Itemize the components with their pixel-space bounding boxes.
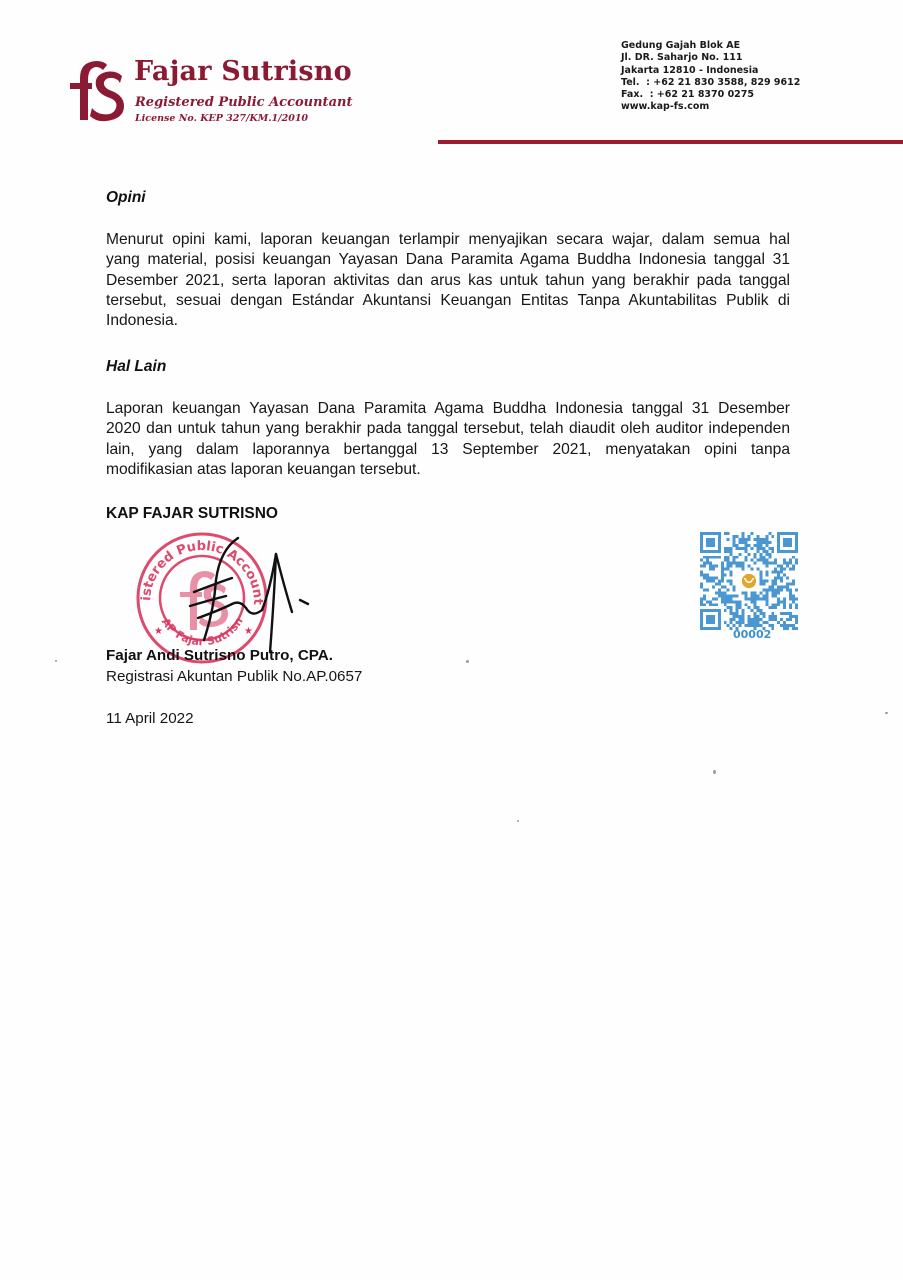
- section-heading-opini: Opini: [106, 189, 146, 207]
- document-page: Fajar Sutrisno Registered Public Account…: [0, 0, 903, 1280]
- office-address: Gedung Gajah Blok AE Jl. DR. Saharjo No.…: [621, 40, 800, 114]
- scan-speck: [55, 660, 57, 662]
- text-line: 2020 dan untuk tahun yang berakhir pada …: [106, 419, 790, 439]
- qr-serial-number: 00002: [733, 628, 771, 641]
- scan-speck: [466, 660, 469, 663]
- text-line: tersebut, sesuai dengan Estándar Akuntan…: [106, 291, 790, 311]
- paragraph-hal-lain: Laporan keuangan Yayasan Dana Paramita A…: [106, 399, 790, 480]
- scan-speck: [713, 770, 716, 774]
- signature-icon: [180, 530, 320, 660]
- text-line: yang material, posisi keuangan Yayasan D…: [106, 250, 790, 270]
- address-line: Jl. DR. Saharjo No. 111: [621, 52, 800, 64]
- fax-line: Fax. : +62 21 8370 0275: [621, 89, 800, 101]
- address-line: Gedung Gajah Blok AE: [621, 40, 800, 52]
- text-line: Indonesia.: [106, 311, 790, 331]
- signing-date: 11 April 2022: [106, 710, 194, 727]
- scan-speck: [517, 820, 519, 822]
- fs-logo-icon: [66, 56, 126, 122]
- svg-text:★: ★: [154, 626, 163, 637]
- text-line: Menurut opini kami, laporan keuangan ter…: [106, 230, 790, 250]
- brand-subtitle: Registered Public Accountant: [135, 95, 352, 110]
- scan-speck: [885, 712, 888, 714]
- signer-name: Fajar Andi Sutrisno Putro, CPA.: [106, 647, 333, 664]
- text-line: Laporan keuangan Yayasan Dana Paramita A…: [106, 399, 790, 419]
- section-heading-hal-lain: Hal Lain: [106, 358, 166, 376]
- text-line: lain, yang dalam laporannya bertanggal 1…: [106, 440, 790, 460]
- paragraph-opini: Menurut opini kami, laporan keuangan ter…: [106, 230, 790, 331]
- website-link[interactable]: www.kap-fs.com: [621, 101, 800, 113]
- registration-number: Registrasi Akuntan Publik No.AP.0657: [106, 668, 362, 685]
- firm-name: KAP FAJAR SUTRISNO: [106, 505, 278, 523]
- license-number: License No. KEP 327/KM.1/2010: [135, 113, 308, 124]
- letterhead-divider: [438, 140, 903, 144]
- brand-name: Fajar Sutrisno: [134, 56, 352, 87]
- text-line: Desember 2021, serta laporan aktivitas d…: [106, 271, 790, 291]
- phone-line: Tel. : +62 21 830 3588, 829 9612: [621, 77, 800, 89]
- address-line: Jakarta 12810 - Indonesia: [621, 65, 800, 77]
- qr-code-icon[interactable]: [700, 532, 798, 630]
- text-line: modifikasian atas laporan keuangan terse…: [106, 460, 790, 480]
